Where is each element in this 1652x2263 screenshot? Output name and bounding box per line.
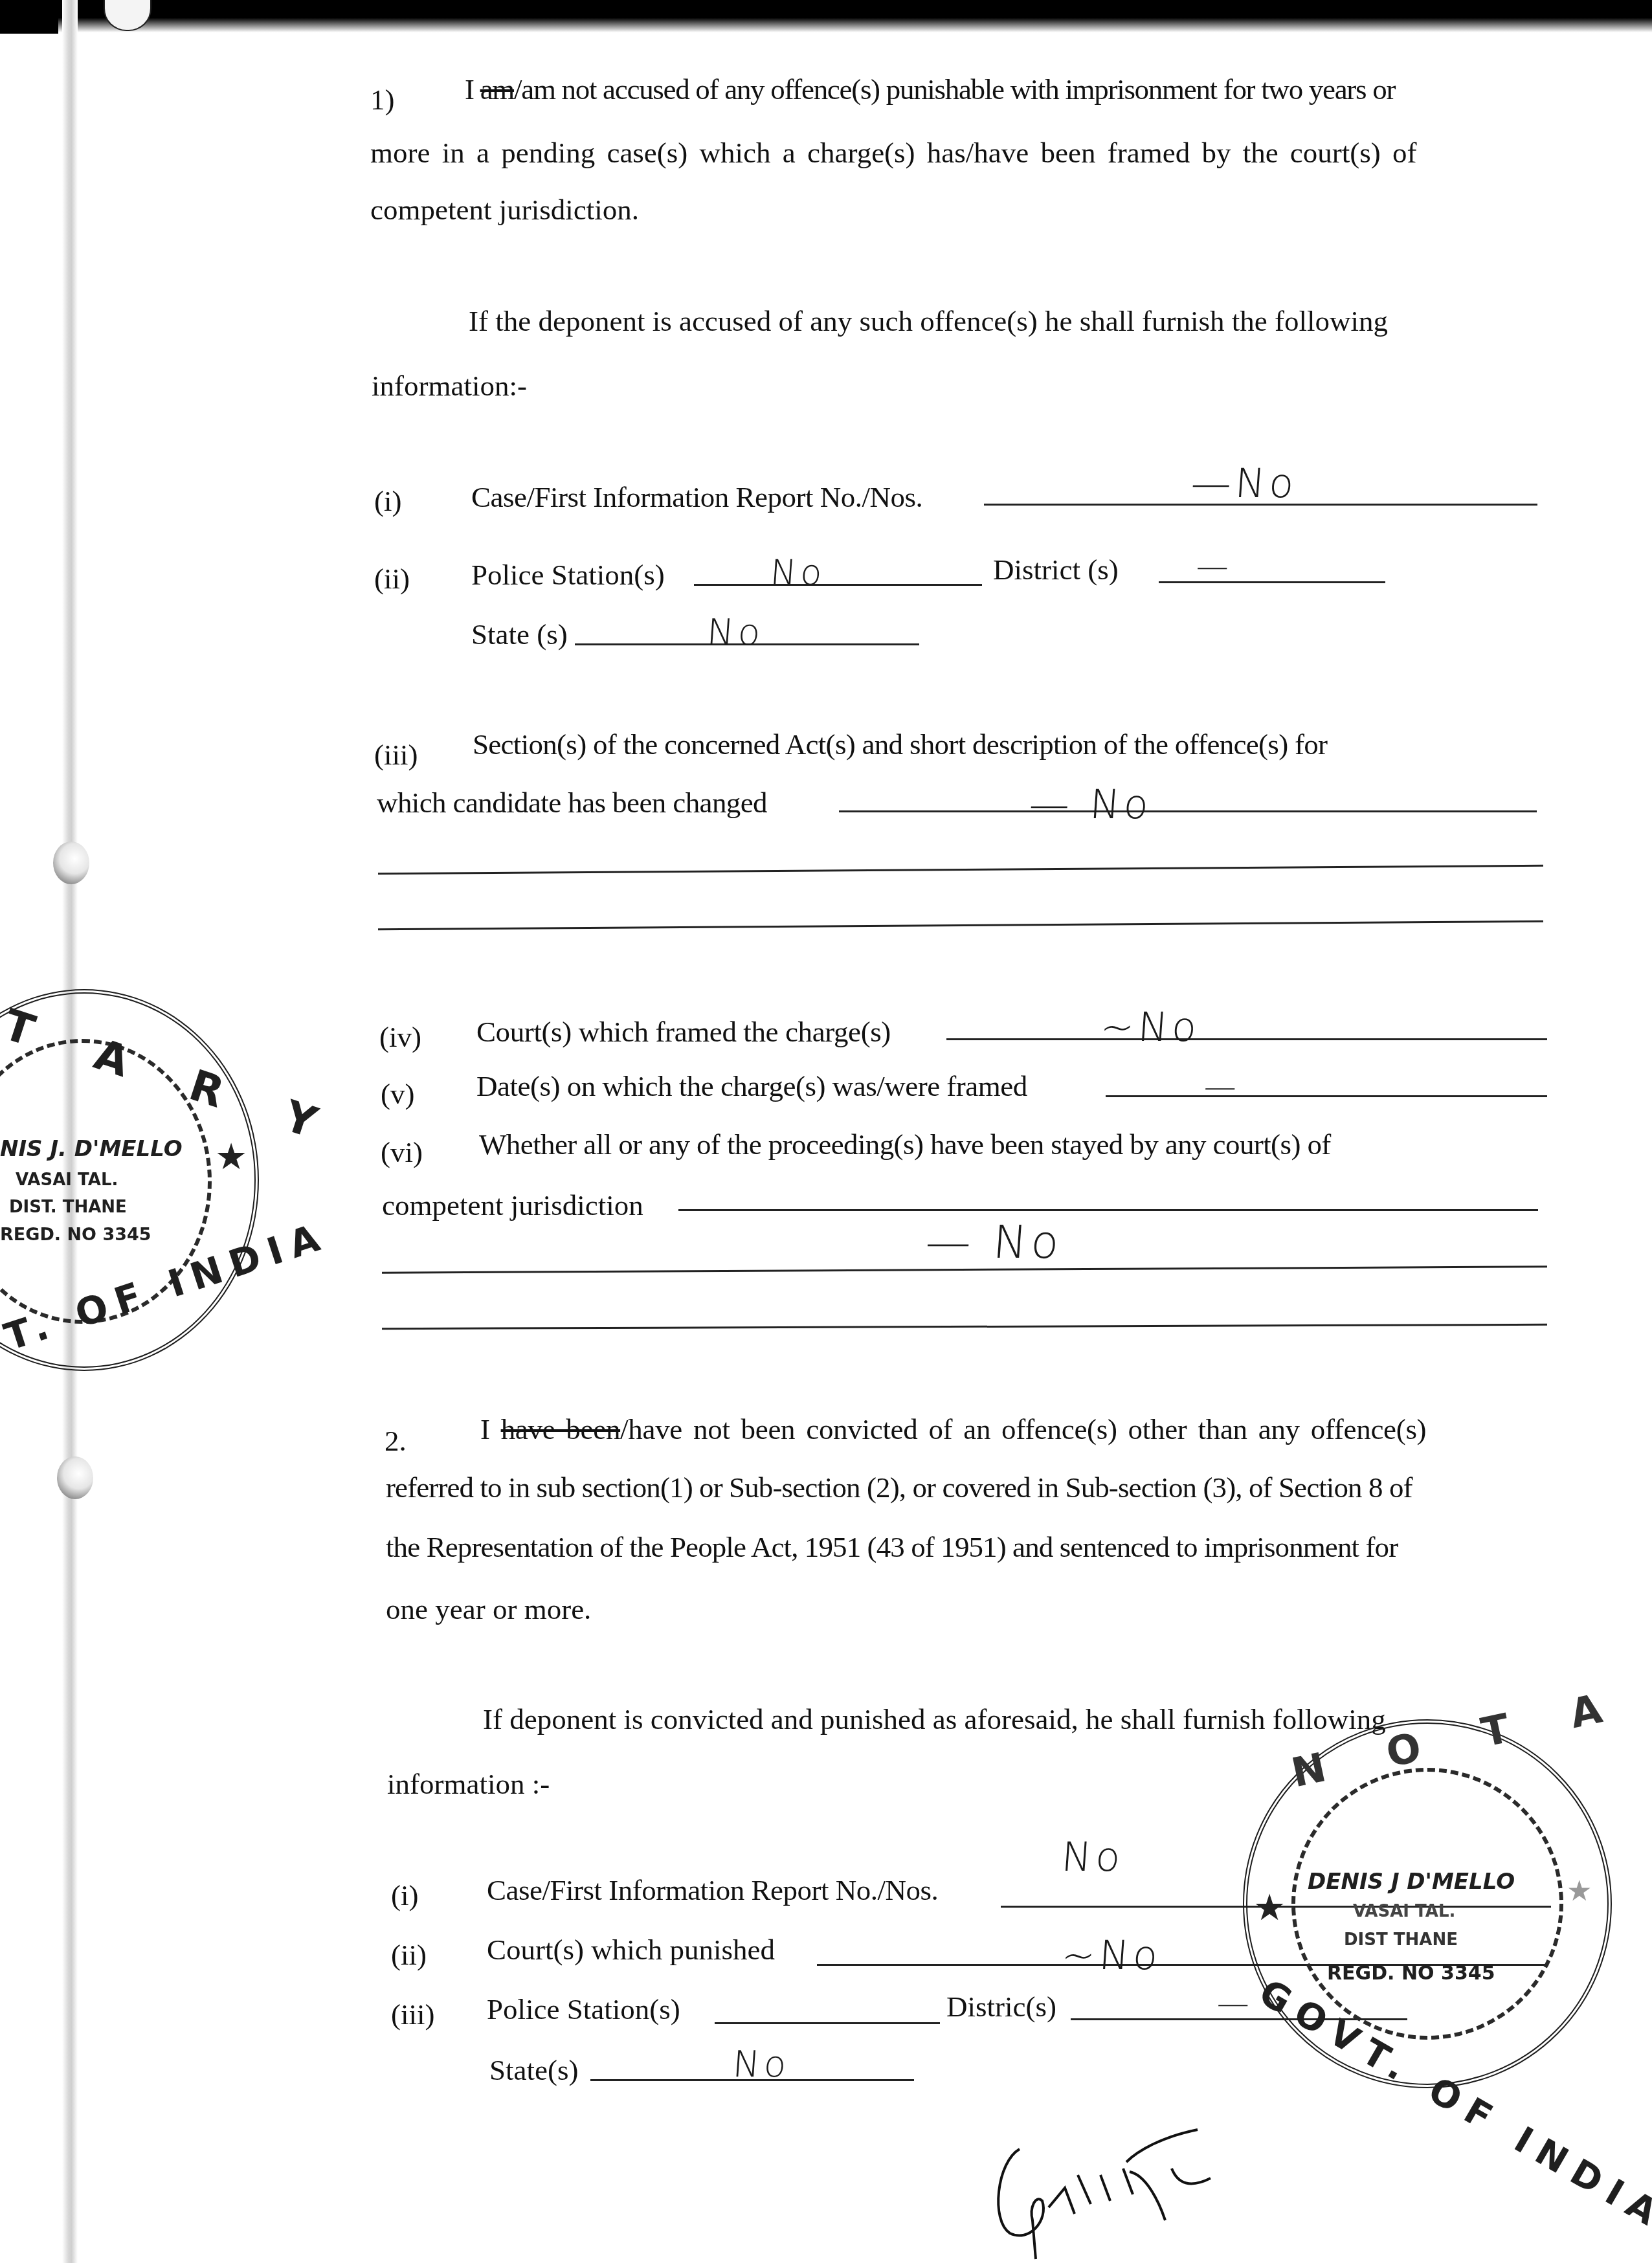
punch-hole-top [53,842,89,884]
scan-top-edge [0,0,1652,32]
stamp-left-line-4: REGD. NO 3345 [0,1226,151,1243]
handwritten-answer: — No [1028,785,1154,825]
section-1-line-1: I am/am not accused of any offence(s) pu… [465,75,1395,104]
item-label: Court(s) which punished [487,1935,775,1965]
stamp-left-line-3: DIST. THANE [9,1199,127,1216]
section-2-line-2: referred to in sub section(1) or Sub-sec… [386,1473,1412,1502]
stamp-left-line-2: VASAI TAL. [16,1172,118,1188]
police-station-line[interactable] [694,584,982,586]
section-2-intro-1: If deponent is convicted and punished as… [483,1705,1386,1734]
section-1-intro-1: If the deponent is accused of any such o… [469,307,1388,336]
handwritten-answer: No [1060,1837,1126,1877]
pronoun: I [465,73,474,106]
signature [984,2123,1256,2263]
handwritten-answer: ~No [1099,1007,1202,1047]
struck-word: am [480,73,514,106]
section-1-line-2: more in a pending case(s) which a charge… [370,139,1417,168]
item-label: Case/First Information Report No./Nos. [471,483,922,512]
state-label: State (s) [471,620,568,649]
answer-line[interactable] [1106,1095,1547,1097]
blank-line[interactable] [378,920,1543,931]
section-2-line-4: one year or more. [386,1595,591,1624]
section-2-line-3: the Representation of the People Act, 19… [386,1533,1398,1562]
section-2-number: 2. [385,1427,407,1456]
section-1-number: 1) [370,85,395,115]
handwritten-answer: — [1195,550,1233,583]
handwritten-answer: — [1203,1071,1241,1103]
police-station-line[interactable] [715,2022,940,2024]
handwritten-answer: —No [1190,463,1299,504]
pronoun: I [480,1413,490,1445]
handwritten-answer: ~No [1060,1935,1163,1976]
item-number: (ii) [391,1941,427,1970]
item-number: (i) [374,487,401,516]
handwritten-answer: No [706,615,765,651]
answer-line[interactable] [678,1209,1538,1211]
handwritten-answer: No [769,555,827,590]
answer-line[interactable] [839,810,1537,812]
section-2-intro-2: information :- [387,1770,550,1799]
district-line[interactable] [1159,581,1385,583]
section-1-intro-2: information:- [372,372,527,401]
item-number: (iii) [391,2000,434,2029]
line-rest: /have not been convicted of an offence(s… [620,1413,1426,1445]
answer-line[interactable] [946,1038,1547,1040]
section-2-line-1: I have been/have not been convicted of a… [480,1415,1426,1444]
blank-line[interactable] [382,1324,1547,1330]
item-label-line-1: Section(s) of the concerned Act(s) and s… [473,730,1327,759]
star-icon: ★ [215,1139,247,1176]
item-number: (v) [381,1080,414,1109]
item-number: (iv) [379,1023,421,1052]
police-station-label: Police Station(s) [471,561,665,590]
item-number: (vi) [381,1138,423,1167]
item-number: (i) [391,1881,418,1910]
line-rest: /am not accused of any offence(s) punish… [514,73,1395,106]
stamp-right-line-4: REGD. NO 3345 [1327,1964,1495,1983]
item-label-line-1: Whether all or any of the proceeding(s) … [479,1130,1331,1159]
item-label-line-2: competent jurisdiction [382,1191,643,1220]
struck-words: have been [501,1413,620,1445]
item-label: Date(s) on which the charge(s) was/were … [476,1072,1027,1101]
blank-line[interactable] [378,865,1543,875]
handwritten-answer: — [1216,1987,1254,2020]
item-label-line-2: which candidate has been changed [377,788,767,818]
item-label: Case/First Information Report No./Nos. [487,1876,938,1905]
police-station-label: Police Station(s) [487,1995,680,2024]
section-1-line-3: competent jurisdiction. [370,195,639,225]
handwritten-answer: No [731,2047,791,2083]
star-icon: ★ [1253,1890,1286,1926]
stamp-right-name: DENIS J D'MELLO [1308,1871,1515,1893]
star-icon: ★ [1567,1877,1592,1906]
state-label: State(s) [489,2056,578,2085]
handwritten-answer: — No [924,1220,1064,1265]
stamp-right-line-3: DIST THANE [1344,1932,1458,1948]
punch-hole-bottom [57,1456,93,1499]
item-label: Court(s) which framed the charge(s) [476,1018,891,1047]
item-number: (iii) [374,741,418,770]
stamp-left-name: NIS J. D'MELLO [0,1138,183,1160]
district-label: District (s) [993,555,1119,585]
item-number: (ii) [374,564,410,594]
stamp-right-line-2: VASAI TAL. [1353,1903,1455,1920]
district-label: Distric(s) [946,1992,1056,2022]
